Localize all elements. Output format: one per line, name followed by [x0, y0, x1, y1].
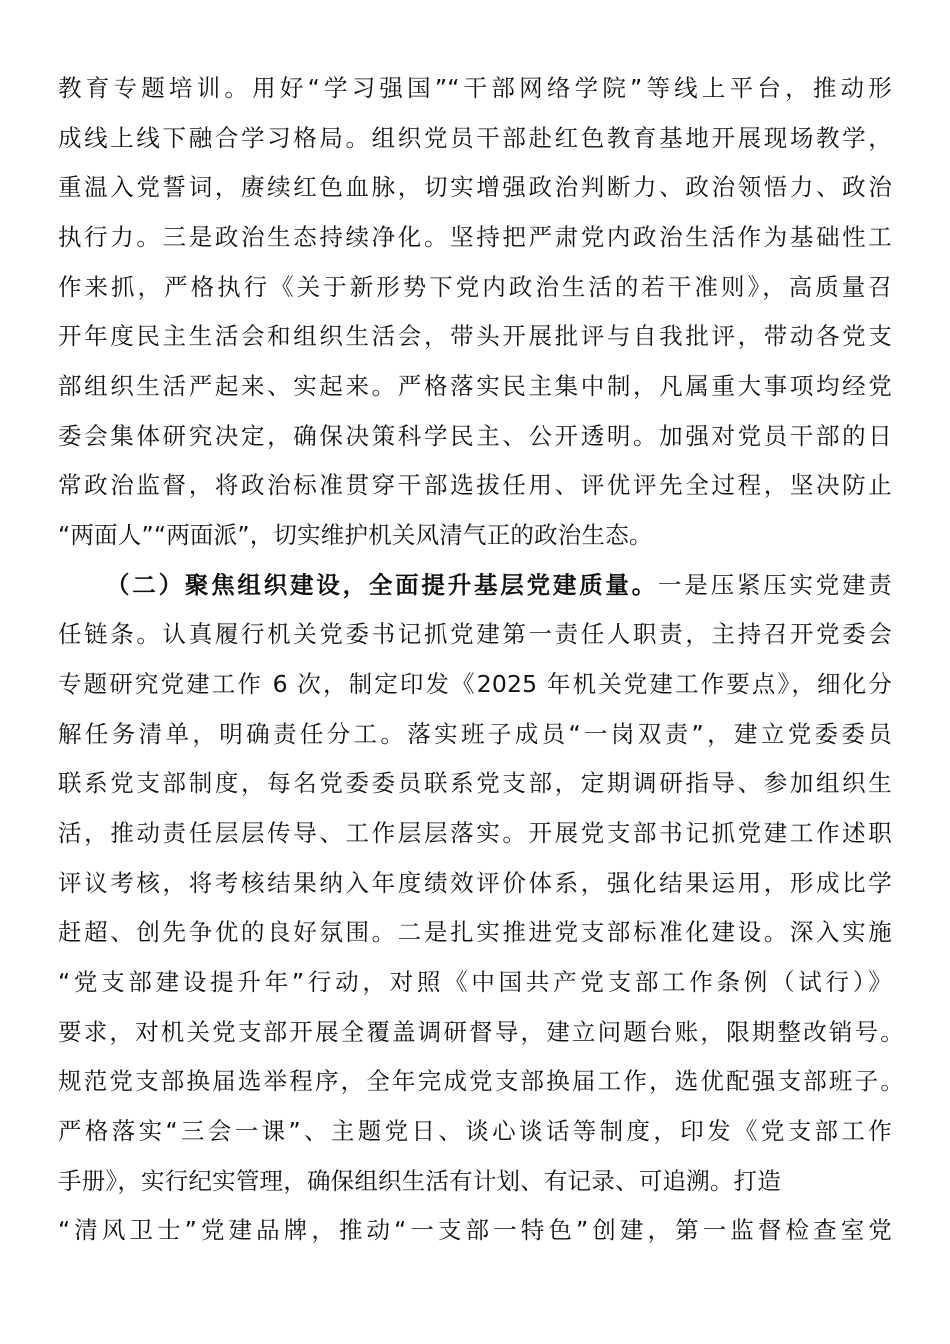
paragraph-line-18: 赶超、创先争优的良好氛围。二是扎实推进党支部标准化建设。深入实施	[58, 915, 892, 949]
paragraph-line-2: 成线上线下融合学习格局。组织党员干部赴红色教育基地开展现场教学，	[58, 121, 892, 155]
paragraph-line-19: “党支部建设提升年”行动，对照《中国共产党支部工作条例（试行）》	[58, 965, 892, 999]
paragraph-line-22: 严格落实“三会一课”、主题党日、谈心谈话等制度，印发《党支部工作	[58, 1114, 892, 1148]
paragraph-line-12: 任链条。认真履行机关党委书记抓党建第一责任人职责，主持召开党委会	[58, 617, 892, 651]
paragraph-line-8: 委会集体研究决定，确保决策科学民主、公开透明。加强对党员干部的日	[58, 419, 892, 453]
section-heading-line: （二）聚焦组织建设，全面提升基层党建质量。一是压紧压实党建责	[106, 568, 892, 602]
paragraph-line-15: 联系党支部制度，每名党委委员联系党支部，定期调研指导、参加组织生	[58, 766, 892, 800]
paragraph-line-6: 开年度民主生活会和组织生活会，带头开展批评与自我批评，带动各党支	[58, 319, 892, 353]
paragraph-line-16: 活，推动责任层层传导、工作层层落实。开展党支部书记抓党建工作述职	[58, 816, 892, 850]
paragraph-line-13: 专题研究党建工作 6 次，制定印发《2025 年机关党建工作要点》，细化分	[58, 667, 892, 701]
paragraph-line-5: 作来抓，严格执行《关于新形势下党内政治生活的若干准则》，高质量召	[58, 270, 892, 304]
paragraph-line-23: 手册》，实行纪实管理，确保组织生活有计划、有记录、可追溯。打造	[58, 1164, 892, 1198]
paragraph-line-14: 解任务清单，明确责任分工。落实班子成员“一岗双责”，建立党委委员	[58, 717, 892, 751]
paragraph-line-20: 要求，对机关党支部开展全覆盖调研督导，建立问题台账，限期整改销号。	[58, 1015, 904, 1049]
paragraph-line-17: 评议考核，将考核结果纳入年度绩效评价体系，强化结果运用，形成比学	[58, 866, 892, 900]
section-heading-continuation: 一是压紧压实党建责	[658, 571, 892, 599]
paragraph-line-21: 规范党支部换届选举程序，全年完成党支部换届工作，选优配强支部班子。	[58, 1064, 904, 1098]
paragraph-line-7: 部组织生活严起来、实起来。严格落实民主集中制，凡属重大事项均经党	[58, 369, 892, 403]
paragraph-line-9: 常政治监督，将政治标准贯穿干部选拔任用、评优评先全过程，坚决防止	[58, 468, 892, 502]
paragraph-line-4: 执行力。三是政治生态持续净化。坚持把严肃党内政治生活作为基础性工	[58, 220, 892, 254]
paragraph-line-1: 教育专题培训。用好“学习强国”“干部网络学院”等线上平台，推动形	[58, 71, 892, 105]
paragraph-line-24: “清风卫士”党建品牌，推动“一支部一特色”创建，第一监督检查室党	[58, 1213, 892, 1247]
paragraph-line-3: 重温入党誓词，赓续红色血脉，切实增强政治判断力、政治领悟力、政治	[58, 170, 892, 204]
section-heading: （二）聚焦组织建设，全面提升基层党建质量。	[106, 571, 658, 599]
paragraph-line-10: “两面人”“两面派”，切实维护机关风清气正的政治生态。	[58, 518, 892, 552]
document-page: 教育专题培训。用好“学习强国”“干部网络学院”等线上平台，推动形 成线上线下融合…	[0, 0, 950, 1344]
